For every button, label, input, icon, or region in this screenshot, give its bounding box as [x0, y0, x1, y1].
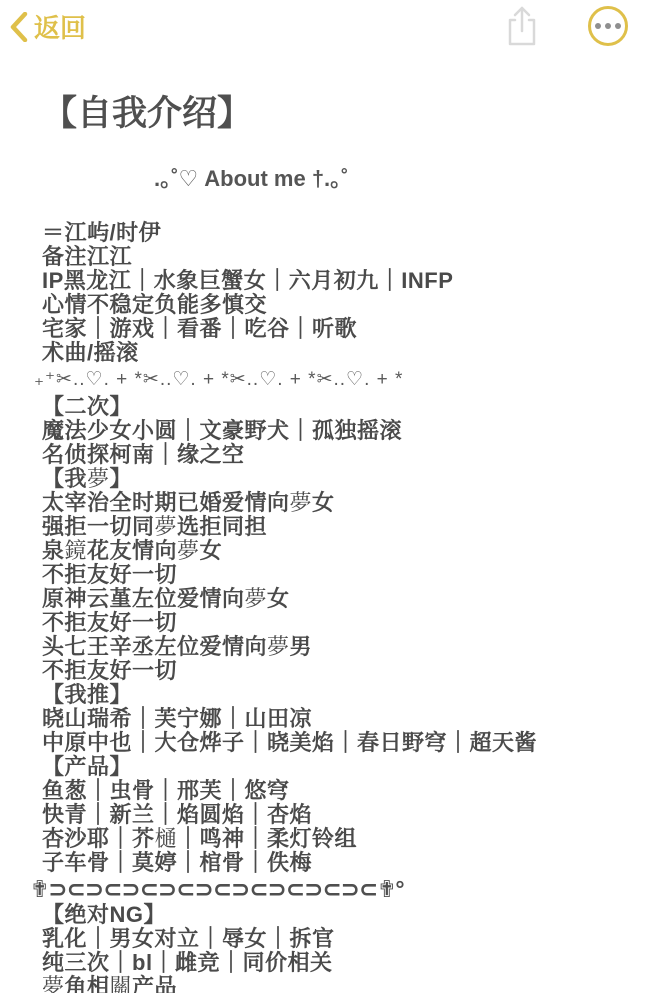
page-title: 【自我介绍】	[42, 86, 627, 136]
share-icon	[502, 35, 542, 52]
text-line: 夢角相關产品	[42, 975, 627, 993]
text-line: 中原中也｜大仓烨子｜晓美焰｜春日野穹｜超天酱	[42, 731, 627, 755]
text-line: 心情不稳定负能多慎交	[42, 293, 627, 317]
chevron-left-icon	[10, 12, 28, 42]
text-line: 名侦探柯南｜缘之空	[42, 443, 627, 467]
ellipsis-icon	[595, 23, 621, 29]
content-lines: ＝江屿/时伊备注江江IP黑龙江｜水象巨蟹女｜六月初九｜INFP心情不稳定负能多慎…	[42, 221, 627, 993]
text-line: 太宰治全时期已婚爱情向夢女	[42, 491, 627, 515]
text-line: 快青｜新兰｜焰圆焰｜杏焰	[42, 803, 627, 827]
text-line: 杏沙耶｜芥樋｜鸣神｜柔灯铃组	[42, 827, 627, 851]
text-line: 【我夢】	[42, 467, 627, 491]
share-button[interactable]	[502, 4, 542, 48]
note-content: 【自我介绍】 .｡˚♡ About me †.｡˚ ＝江屿/时伊备注江江IP黑龙…	[42, 86, 627, 993]
text-line: 鱼葱｜虫骨｜邢芙｜悠穹	[42, 779, 627, 803]
text-line: 头七王辛丞左位爱情向夢男	[42, 635, 627, 659]
text-line: 【二次】	[42, 395, 627, 419]
text-line: 子车骨｜莫婷｜棺骨｜佚梅	[42, 851, 627, 875]
text-line: 【我推】	[42, 683, 627, 707]
text-line: 【绝对NG】	[42, 903, 627, 927]
more-options-button[interactable]	[588, 6, 628, 46]
text-line: 魔法少女小圆｜文豪野犬｜孤独摇滚	[42, 419, 627, 443]
text-line: 【产品】	[42, 755, 627, 779]
decorative-divider: ✟⊃⊂⊃⊂⊃⊂⊃⊂⊃⊂⊃⊂⊃⊂⊃⊂⊃⊂✟°	[30, 875, 627, 903]
back-button-label: 返回	[34, 8, 86, 45]
back-button[interactable]: 返回	[10, 8, 86, 45]
text-line: 术曲/摇滚	[42, 341, 627, 365]
text-line: 纯三次｜bl｜雌竞｜同价相关	[42, 951, 627, 975]
text-line: 不拒友好一切	[42, 611, 627, 635]
text-line: 备注江江	[42, 245, 627, 269]
text-line: 晓山瑞希｜芙宁娜｜山田凉	[42, 707, 627, 731]
text-line: 原神云堇左位爱情向夢女	[42, 587, 627, 611]
top-navigation-bar: 返回	[0, 0, 650, 50]
decorative-divider: ₊⁺✂..♡. + *✂..♡. + *✂..♡. + *✂..♡. + *	[34, 365, 627, 395]
text-line: 宅家｜游戏｜看番｜吃谷｜听歌	[42, 317, 627, 341]
text-line: 乳化｜男女对立｜辱女｜拆官	[42, 927, 627, 951]
text-line: 泉鏡花友情向夢女	[42, 539, 627, 563]
text-line: 不拒友好一切	[42, 563, 627, 587]
about-me-subtitle: .｡˚♡ About me †.｡˚	[42, 162, 627, 193]
text-line: IP黑龙江｜水象巨蟹女｜六月初九｜INFP	[42, 269, 627, 293]
text-line: 不拒友好一切	[42, 659, 627, 683]
text-line: ＝江屿/时伊	[42, 221, 627, 245]
text-line: 强拒一切同夢选拒同担	[42, 515, 627, 539]
